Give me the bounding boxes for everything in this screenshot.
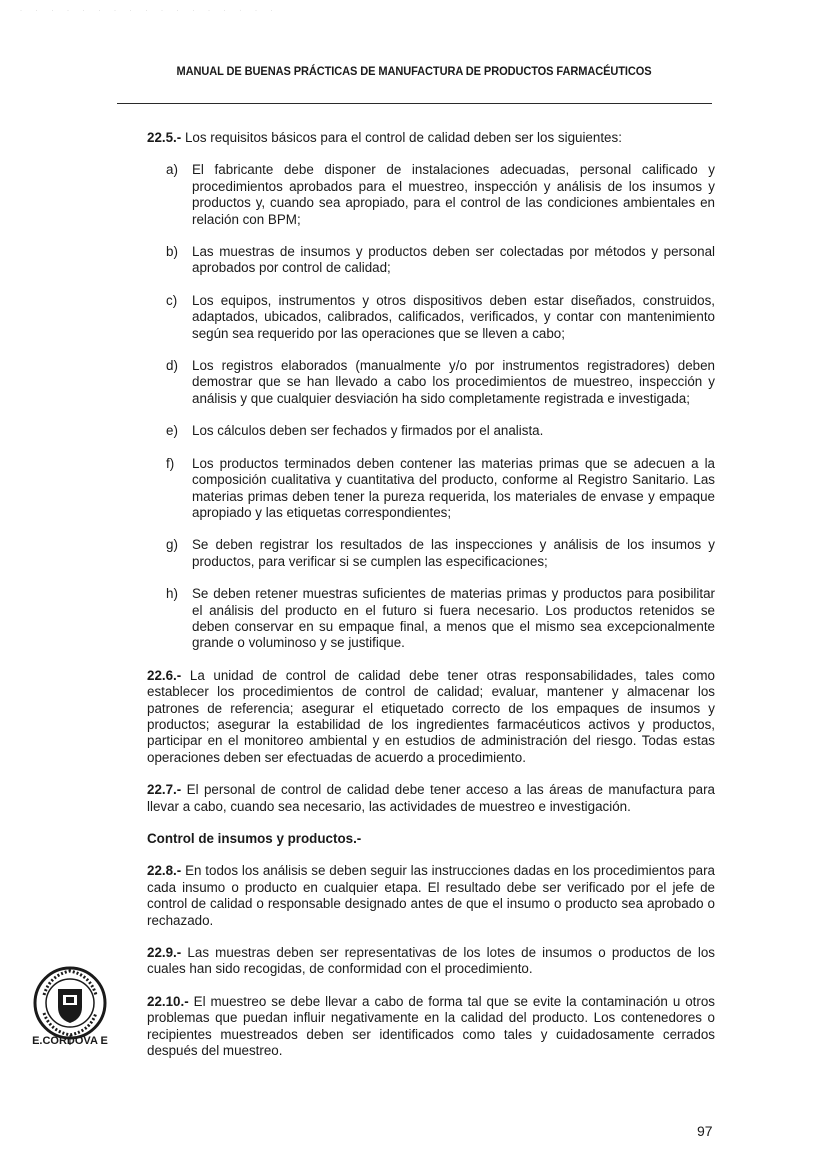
list-item-text: El fabricante debe disponer de instalaci… [192, 162, 715, 228]
list-item: d) Los registros elaborados (manualmente… [147, 358, 715, 407]
scan-artifact: · · · · · · · · · · · · · · · · · [20, 8, 279, 14]
section-text: Las muestras deben ser representativas d… [147, 945, 715, 976]
section-22-7: 22.7.- El personal de control de calidad… [147, 782, 715, 815]
section-22-8: 22.8.- En todos los análisis se deben se… [147, 863, 715, 929]
document-page: · · · · · · · · · · · · · · · · · MANUAL… [0, 0, 828, 1170]
section-number: 22.8.- [147, 863, 181, 878]
section-number: 22.6.- [147, 668, 181, 683]
list-item: f) Los productos terminados deben conten… [147, 456, 715, 522]
list-item-text: Las muestras de insumos y productos debe… [192, 244, 715, 277]
section-text: La unidad de control de calidad debe ten… [147, 668, 715, 765]
list-item: a) El fabricante debe disponer de instal… [147, 162, 715, 228]
section-22-10: 22.10.- El muestreo se debe llevar a cab… [147, 994, 715, 1060]
list-item-label: f) [147, 456, 192, 522]
list-item-label: e) [147, 423, 192, 439]
list-item-label: a) [147, 162, 192, 228]
requirements-list: a) El fabricante debe disponer de instal… [147, 162, 715, 651]
list-item: c) Los equipos, instrumentos y otros dis… [147, 293, 715, 342]
list-item-label: d) [147, 358, 192, 407]
list-item: h) Se deben retener muestras suficientes… [147, 586, 715, 652]
list-item: g) Se deben registrar los resultados de … [147, 537, 715, 570]
list-item-label: b) [147, 244, 192, 277]
list-item-text: Los equipos, instrumentos y otros dispos… [192, 293, 715, 342]
list-item: e) Los cálculos deben ser fechados y fir… [147, 423, 715, 439]
section-22-5: 22.5.- Los requisitos básicos para el co… [147, 130, 715, 146]
official-seal-icon [30, 965, 110, 1045]
section-text: En todos los análisis se deben seguir la… [147, 863, 715, 927]
list-item-text: Se deben registrar los resultados de las… [192, 537, 715, 570]
section-number: 22.5.- [147, 130, 181, 145]
section-text: El muestreo se debe llevar a cabo de for… [147, 994, 715, 1058]
list-item-label: h) [147, 586, 192, 652]
section-22-9: 22.9.- Las muestras deben ser representa… [147, 945, 715, 978]
page-number: 97 [697, 1123, 713, 1139]
list-item: b) Las muestras de insumos y productos d… [147, 244, 715, 277]
subheading-control-insumos: Control de insumos y productos.- [147, 831, 715, 847]
list-item-label: c) [147, 293, 192, 342]
section-22-6: 22.6.- La unidad de control de calidad d… [147, 668, 715, 766]
list-item-text: Los productos terminados deben contener … [192, 456, 715, 522]
list-item-label: g) [147, 537, 192, 570]
page-header-title: MANUAL DE BUENAS PRÁCTICAS DE MANUFACTUR… [33, 64, 795, 78]
section-text: El personal de control de calidad debe t… [147, 782, 715, 813]
list-item-text: Los registros elaborados (manualmente y/… [192, 358, 715, 407]
section-text: Los requisitos básicos para el control d… [181, 130, 622, 145]
list-item-text: Se deben retener muestras suficientes de… [192, 586, 715, 652]
document-body: 22.5.- Los requisitos básicos para el co… [147, 130, 715, 1075]
seal-caption: E.CÓRDOVA E [20, 1035, 120, 1047]
section-number: 22.7.- [147, 782, 181, 797]
list-item-text: Los cálculos deben ser fechados y firmad… [192, 423, 715, 439]
section-number: 22.10.- [147, 994, 189, 1009]
section-number: 22.9.- [147, 945, 181, 960]
header-divider [117, 103, 712, 104]
